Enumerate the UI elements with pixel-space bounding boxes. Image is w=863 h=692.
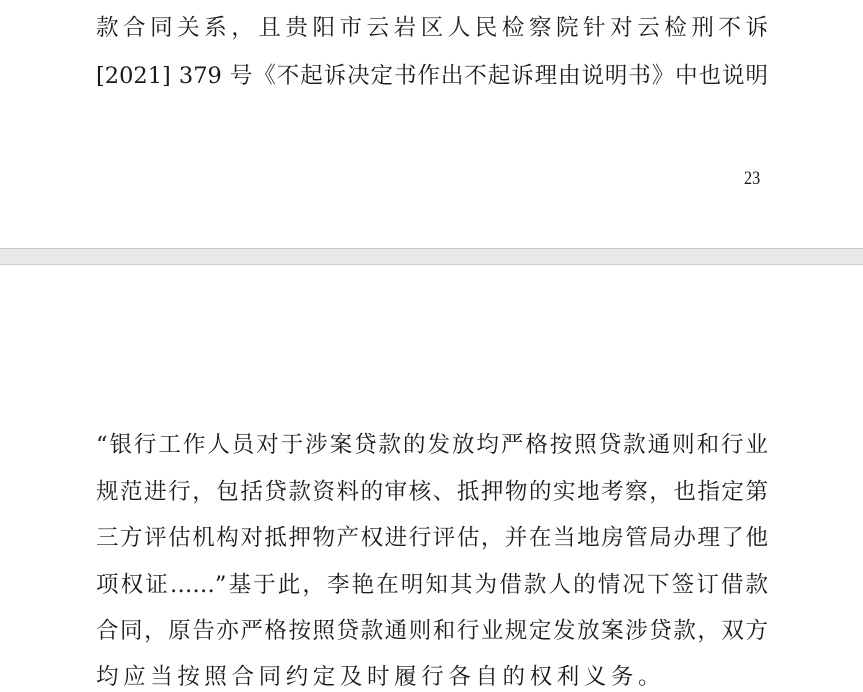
text-line: 三方评估机构对抵押物产权进行评估，并在当地房管局办理了他 [96,518,768,558]
text-line: “银行工作人员对于涉案贷款的发放均严格按照贷款通则和行业 [96,425,768,465]
text-line: 规范进行，包括贷款资料的审核、抵押物的实地考察，也指定第 [96,472,768,512]
page-number: 23 [744,168,760,190]
text-line: 合同，原告亦严格按照贷款通则和行业规定发放案涉贷款，双方 [96,611,768,651]
page-separator [0,248,863,265]
document-page-24: “银行工作人员对于涉案贷款的发放均严格按照贷款通则和行业 规范进行，包括贷款资料… [0,265,863,692]
document-page-23: 款合同关系，且贵阳市云岩区人民检察院针对云检刑不诉 [2021] 379 号《不… [0,0,863,248]
text-line: 款合同关系，且贵阳市云岩区人民检察院针对云检刑不诉 [96,8,768,48]
text-line: 项权证……”基于此，李艳在明知其为借款人的情况下签订借款 [96,565,768,605]
text-line: 均应当按照合同约定及时履行各自的权利义务。 [96,657,768,692]
text-line: [2021] 379 号《不起诉决定书作出不起诉理由说明书》中也说明 [96,56,768,96]
